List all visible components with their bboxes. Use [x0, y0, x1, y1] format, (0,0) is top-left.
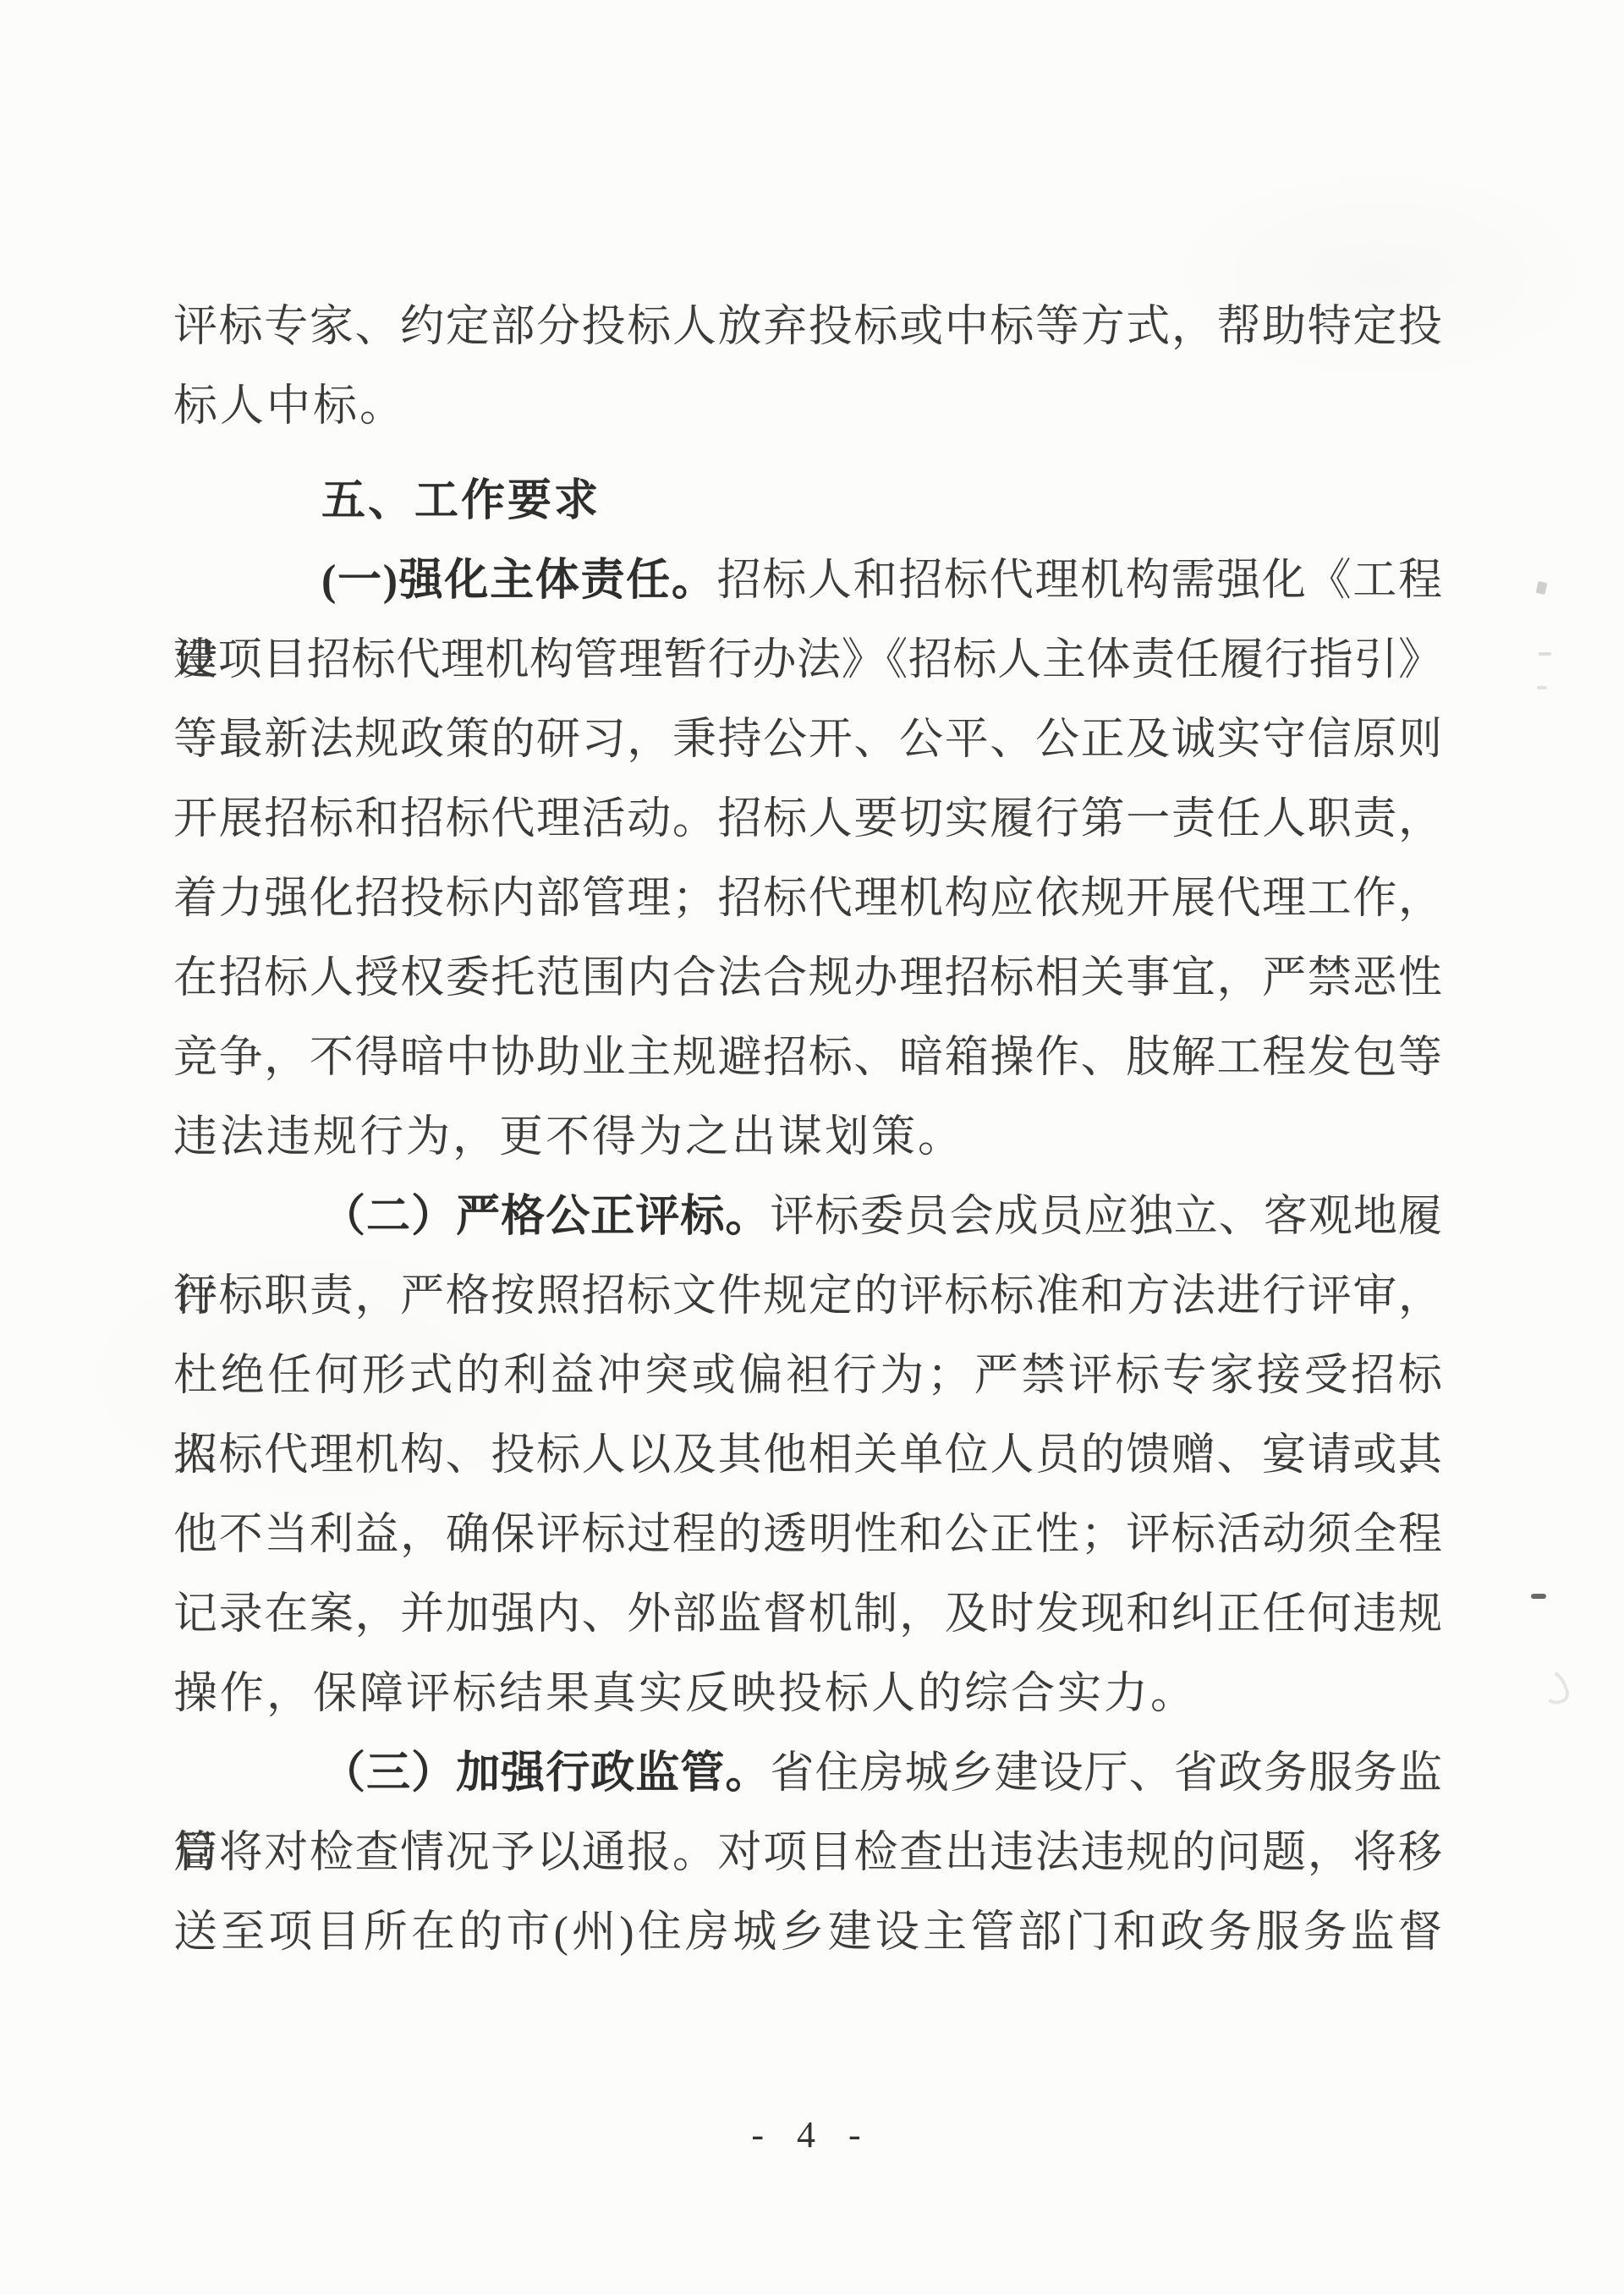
- line-text: 招标代理机构、投标人以及其他相关单位人员的馈赠、宴请或其: [173, 1431, 1442, 1480]
- line-text: 送至项目所在的市(州)住房城乡建设主管部门和政务服务监督: [173, 1908, 1442, 1957]
- line-text: 局将对检查情况予以通报。对项目检查出违法违规的问题，将移: [173, 1829, 1442, 1877]
- heading-work-requirements: 五、工作要求: [173, 462, 1442, 541]
- document-body: 评标专家、约定部分投标人放弃投标或中标等方式，帮助特定投 标人中标。 五、工作要…: [173, 288, 1442, 1973]
- text-line: 竞争，不得暗中协助业主规避招标、暗箱操作、肢解工程发包等: [173, 1018, 1442, 1098]
- subsection-lead-1: (一)强化主体责任。: [321, 557, 717, 605]
- text-line: 操作，保障评标结果真实反映投标人的综合实力。: [173, 1655, 1442, 1734]
- text-line: （二）严格公正评标。评标委员会成员应独立、客观地履行: [173, 1178, 1442, 1257]
- text-line: 在招标人授权委托范围内合法合规办理招标相关事宜，严禁恶性: [173, 939, 1442, 1018]
- text-line: 着力强化招投标内部管理；招标代理机构应依规开展代理工作，: [173, 859, 1442, 939]
- line-text: 违法违规行为，更不得为之出谋划策。: [173, 1113, 964, 1161]
- text-line: 招标代理机构、投标人以及其他相关单位人员的馈赠、宴请或其: [173, 1416, 1442, 1496]
- line-text: 评标专家、约定部分投标人放弃投标或中标等方式，帮助特定投: [173, 303, 1442, 351]
- line-text: 开展招标和招标代理活动。招标人要切实履行第一责任人职责，: [173, 795, 1442, 843]
- line-text: 标人中标。: [173, 382, 406, 431]
- line-text: 竞争，不得暗中协助业主规避招标、暗箱操作、肢解工程发包等: [173, 1034, 1442, 1082]
- section-heading-text: 五、工作要求: [321, 477, 601, 525]
- scan-artifact: [1537, 686, 1547, 689]
- line-text: 着力强化招投标内部管理；招标代理机构应依规开展代理工作，: [173, 875, 1442, 923]
- subsection-lead-3: （三）加强行政监管。: [321, 1749, 770, 1798]
- text-line: 记录在案，并加强内、外部监督机制，及时发现和纠正任何违规: [173, 1575, 1442, 1655]
- text-line: (一)强化主体责任。招标人和招标代理机构需强化《工程建: [173, 541, 1442, 621]
- line-text: 设项目招标代理机构管理暂行办法》《招标人主体责任履行指引》: [173, 636, 1442, 684]
- text-line: 标人中标。: [173, 367, 1442, 447]
- text-line: 局将对检查情况予以通报。对项目检查出违法违规的问题，将移: [173, 1814, 1442, 1893]
- text-line: （三）加强行政监管。省住房城乡建设厅、省政务服务监管: [173, 1734, 1442, 1814]
- text-line: 评标专家、约定部分投标人放弃投标或中标等方式，帮助特定投: [173, 288, 1442, 367]
- text-line: 违法违规行为，更不得为之出谋划策。: [173, 1098, 1442, 1178]
- line-text: 操作，保障评标结果真实反映投标人的综合实力。: [173, 1670, 1197, 1718]
- scan-artifact: [1536, 581, 1548, 595]
- text-line: 等最新法规政策的研习，秉持公开、公平、公正及诚实守信原则: [173, 700, 1442, 780]
- scan-artifact: [1539, 652, 1551, 656]
- text-line: 设项目招标代理机构管理暂行办法》《招标人主体责任履行指引》: [173, 621, 1442, 700]
- text-line: 送至项目所在的市(州)住房城乡建设主管部门和政务服务监督: [173, 1893, 1442, 1973]
- scan-artifact: [1531, 1594, 1546, 1599]
- line-text: 在招标人授权委托范围内合法合规办理招标相关事宜，严禁恶性: [173, 954, 1442, 1002]
- text-line: 开展招标和招标代理活动。招标人要切实履行第一责任人职责，: [173, 780, 1442, 859]
- line-text: 等最新法规政策的研习，秉持公开、公平、公正及诚实守信原则: [173, 716, 1442, 764]
- line-text: 他不当利益，确保评标过程的透明性和公正性；评标活动须全程: [173, 1511, 1442, 1559]
- line-text: 评标职责，严格按照招标文件规定的评标标准和方法进行评审，: [173, 1272, 1442, 1320]
- scan-artifact: [1533, 1665, 1572, 1710]
- text-line: 他不当利益，确保评标过程的透明性和公正性；评标活动须全程: [173, 1496, 1442, 1575]
- document-page: 评标专家、约定部分投标人放弃投标或中标等方式，帮助特定投 标人中标。 五、工作要…: [0, 0, 1624, 2295]
- text-line: 评标职责，严格按照招标文件规定的评标标准和方法进行评审，: [173, 1257, 1442, 1337]
- text-line: 杜绝任何形式的利益冲突或偏袒行为；严禁评标专家接受招标人、: [173, 1337, 1442, 1416]
- subsection-lead-2: （二）严格公正评标。: [321, 1193, 770, 1241]
- line-text: 记录在案，并加强内、外部监督机制，及时发现和纠正任何违规: [173, 1590, 1442, 1639]
- page-number: - 4 -: [0, 2113, 1624, 2156]
